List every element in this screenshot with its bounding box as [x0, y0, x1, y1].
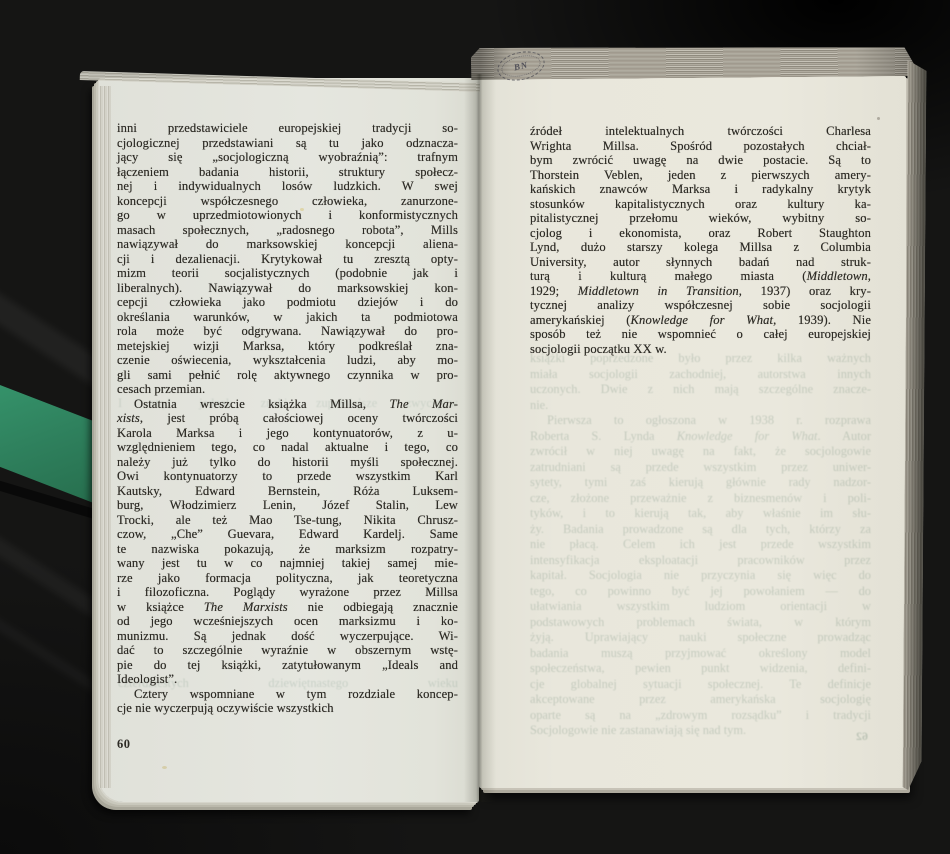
text-line: cesach przemian.: [117, 382, 458, 397]
text-line: cji i dezalienacji. Krytykował tu zreszt…: [117, 252, 458, 267]
text-line: określania warunków, w jakich ta podmiot…: [117, 310, 458, 325]
text-line: Ideologist”.: [117, 672, 458, 687]
text-line: źródeł intelektualnych twórczości Charle…: [530, 124, 871, 139]
text-line: wany jest tu w co najmniej takiej samej …: [117, 556, 458, 571]
text-line: kańskich znawców Marksa i radykalny kryt…: [530, 182, 871, 197]
text-line: intensyfikacja eksploatacji pracowników …: [530, 553, 871, 569]
text-line: socjologii początku XX w.: [530, 342, 871, 357]
text-line: uczonych. Dwie z nich mają szczególne zn…: [530, 382, 871, 398]
text-line: inni przedstawiciele europejskiej tradyc…: [117, 121, 458, 136]
text-line: cze, złożone przeważnie z biznesmenów i …: [530, 491, 871, 507]
text-line: burg, Włodzimierz Lenin, Józef Stalin, L…: [117, 498, 458, 513]
text-line: Ostatnia wreszcie książka Millsa, The Ma…: [117, 397, 458, 412]
text-line: i filozoficzna. Poglądy wyrażone przez M…: [117, 585, 458, 600]
text-line: Owi kontynuatorzy to przede wszystkim Ka…: [117, 469, 458, 484]
text-line: cje globalnej sytuacji społecznej. Te de…: [530, 677, 871, 693]
text-line: akceptowane przez amerykańska socjologię: [530, 692, 871, 708]
text-line: Thorstein Veblen, jeden z pierwszych ame…: [530, 168, 871, 183]
text-line: w książce The Marxists nie odbiegają zna…: [117, 600, 458, 615]
text-line: stosunków kapitalistycznych oraz kultury…: [530, 197, 871, 212]
text-line: Karola Marksa i jego kontynuatorów, z u-: [117, 426, 458, 441]
text-line: tyków, i to kierują tak, aby właśnie im …: [530, 506, 871, 522]
text-line: rola może być odgrywana. Nawiązywał do p…: [117, 324, 458, 339]
text-line: dać to szczególnie wyraźnie w obszernym …: [117, 643, 458, 658]
text-line: Trocki, ale też Mao Tse-tung, Nikita Chr…: [117, 513, 458, 528]
text-line: sytety, tymi zaś kierują głównie rady na…: [530, 475, 871, 491]
text-line: zatrudniani są przede wszystkim przez un…: [530, 460, 871, 476]
text-line: cjolog i ekonomista, oraz Robert Staught…: [530, 226, 871, 241]
text-line: masach społecznych, „radosnego robota”, …: [117, 223, 458, 238]
text-line: munizmu. Są jednak dość wyczerpujące. Wi…: [117, 629, 458, 644]
text-line: xists, jest próbą całościowej oceny twór…: [117, 411, 458, 426]
text-line: jący się „socjologiczną wyobraźnią”: tra…: [117, 150, 458, 165]
text-line: ży. Badania prowadzone są dla tych, któr…: [530, 522, 871, 538]
text-line: Roberta S. Lynda Knowledge for What. Aut…: [530, 429, 871, 445]
text-line: podstawowych problemach świata, w którym: [530, 615, 871, 631]
text-line: 1929; Middletown in Transition, 1937) or…: [530, 284, 871, 299]
text-line: Wrighta Millsa. Spośród pozostałych chci…: [530, 139, 871, 154]
text-line: amerykańskiej (Knowledge for What, 1939)…: [530, 313, 871, 328]
text-line: go w uprzedmiotowionych i konformistyczn…: [117, 208, 458, 223]
text-line: Socjologowie nie zastanawiają się nad ty…: [530, 723, 871, 739]
text-line: koncepcji współczesnego człowieka, zanur…: [117, 194, 458, 209]
text-line: nie.: [530, 398, 871, 414]
text-line: badania muszą przyjmować określony model: [530, 646, 871, 662]
text-line: University, autor słynnych badań nad str…: [530, 255, 871, 270]
text-line: turą i kulturą małego miasta (Middletown…: [530, 269, 871, 284]
paper-speck: [864, 216, 866, 218]
text-line: oparte są na „zdrowym rozsądku” i tradyc…: [530, 708, 871, 724]
show-through-text-block: książki poprzedzone było przez kilka waż…: [530, 351, 871, 739]
text-line: sposób też nie wspomnieć o całej europej…: [530, 327, 871, 342]
text-line: cje nie wyczerpują oczywiście wszystkich: [117, 701, 458, 716]
text-line: miała socjologii zachodniej, autorstwa i…: [530, 367, 871, 383]
library-stamp-text: BN: [513, 59, 529, 72]
text-line: ułatwiania wszystkim ludziom orientacji …: [530, 599, 871, 615]
text-line: czenie oświecenia, wykształcenia ludzi, …: [117, 353, 458, 368]
text-line: cjologicznej przedstawiani są tu jako od…: [117, 136, 458, 151]
left-page-text: inni przedstawiciele europejskiej tradyc…: [117, 121, 458, 716]
left-page-edge-stack: [99, 86, 111, 788]
text-line: mizm teorii socjalistycznych (podobnie j…: [117, 266, 458, 281]
text-line: żyją. Uprawiający nauki społeczne prowad…: [530, 630, 871, 646]
text-line: czow, „Che” Guevara, Edward Kardelj. Sam…: [117, 527, 458, 542]
text-line: metejskiej wizji Marksa, który podkreśla…: [117, 339, 458, 354]
text-line: pitalistycznej przełomu wieków, wybitny …: [530, 211, 871, 226]
paper-speck: [300, 208, 304, 211]
right-page-edge-stack: [902, 60, 926, 790]
text-line: Kautsky, Edward Bernstein, Róża Luksem-: [117, 484, 458, 499]
text-line: liberalnych). Nawiązywał do marksowskiej…: [117, 281, 458, 296]
text-line: kapitał. Socjologia nie przyczynia się w…: [530, 568, 871, 584]
text-line: te nazwiska pokazują, że marksizm rozpat…: [117, 542, 458, 557]
paper-speck: [438, 470, 441, 473]
paper-speck: [877, 117, 880, 120]
text-line: nie płacą. Celem ich jest przede wszystk…: [530, 537, 871, 553]
text-line: rze jako formacja polityczna, jak teoret…: [117, 571, 458, 586]
book-scan-photo: { "colors": { "background": "#151514", "…: [0, 0, 950, 854]
page-number: 60: [117, 737, 131, 752]
text-line: tycznej analizy współczesnej sobie socjo…: [530, 298, 871, 313]
text-line: gli sami pełnić rolę aktywnego czynnika …: [117, 368, 458, 383]
text-line: nej i indywidualnych losów ludzkich. W s…: [117, 179, 458, 194]
text-line: bym zwrócić uwagę na dwie postacie. Są t…: [530, 153, 871, 168]
paper-speck: [162, 766, 167, 769]
right-page-text: źródeł intelektualnych twórczości Charle…: [530, 124, 871, 356]
text-line: tego, co powinno być jej powołaniem — do: [530, 584, 871, 600]
text-line: społeczeństwa, pewien punkt widzenia, de…: [530, 661, 871, 677]
text-line: względnieniem tego, co nadal aktualne i …: [117, 440, 458, 455]
text-line: od jego wcześniejszych ocen marksizmu i …: [117, 614, 458, 629]
text-line: pie do tej książki, zatytułowanym „Ideal…: [117, 658, 458, 673]
text-line: łączeniem badania historii, struktury sp…: [117, 165, 458, 180]
text-line: należy już tylko do historii myśli społe…: [117, 455, 458, 470]
text-line: nawiązywał do marksowskiej koncepcji ali…: [117, 237, 458, 252]
show-through-page-number: 62: [856, 729, 868, 744]
text-line: Cztery wspomniane w tym rozdziale koncep…: [117, 687, 458, 702]
text-line: Lynd, dużo starszy kolega Millsa z Colum…: [530, 240, 871, 255]
text-line: cepcji człowieka jako podmiotu dziejów i…: [117, 295, 458, 310]
text-line: Pierwsza to ogłoszona w 1938 r. rozprawa: [530, 413, 871, 429]
text-line: zwrócił w niej uwagę na fakt, że socjolo…: [530, 444, 871, 460]
